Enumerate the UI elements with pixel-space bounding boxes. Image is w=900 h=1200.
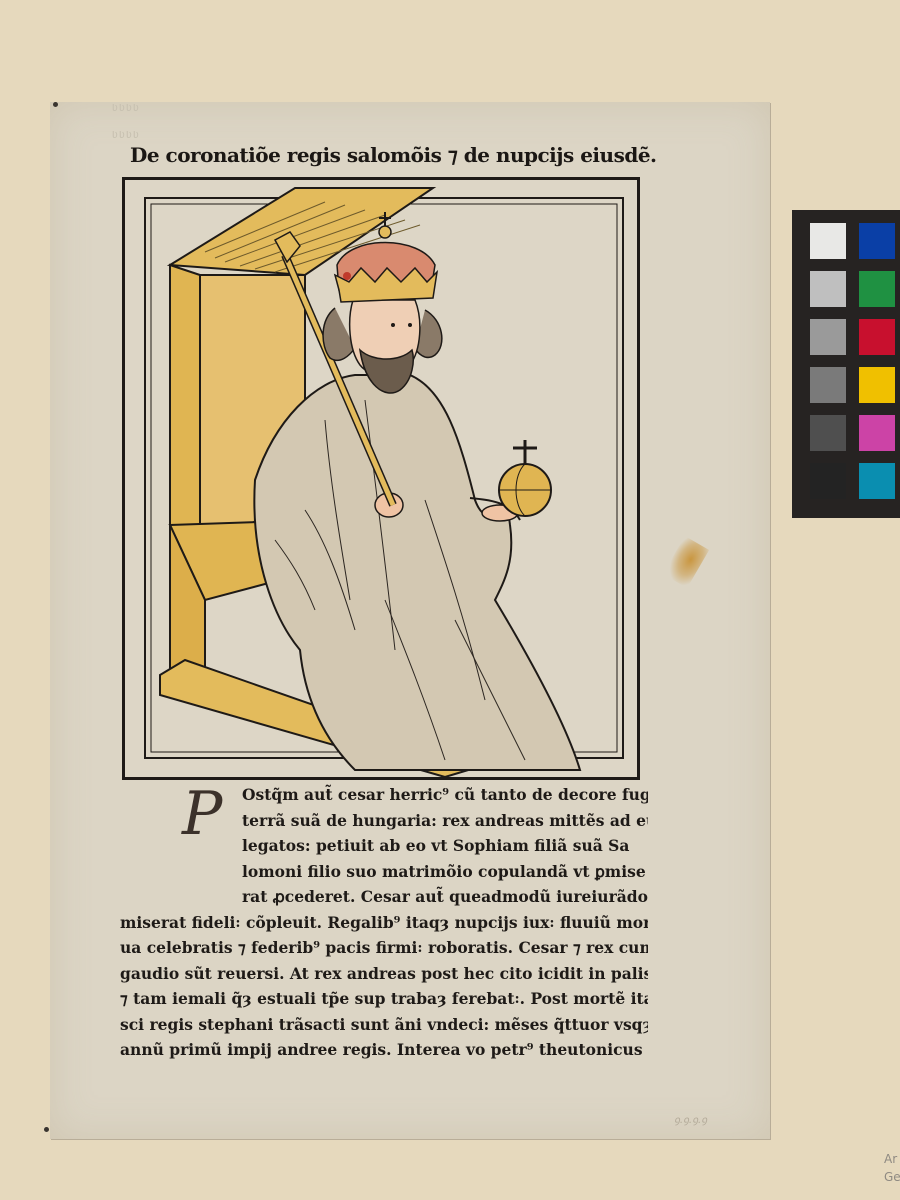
text-line: miserat fideli꞉ cõpleuit. Regalib⁹ itaqȝ… xyxy=(120,910,648,936)
text-line: annũ primũ impij andree regis. Interea v… xyxy=(120,1037,648,1063)
color-swatch xyxy=(859,319,895,355)
color-calibration-chart xyxy=(792,210,900,518)
color-swatch xyxy=(859,271,895,307)
gray-swatch xyxy=(810,463,846,499)
corner-label: Ar Ge xyxy=(884,1150,900,1186)
pin-mark-top-left xyxy=(53,102,58,107)
color-swatch xyxy=(859,463,895,499)
corner-label-line: Ar xyxy=(884,1150,900,1168)
gray-swatch xyxy=(810,271,846,307)
gray-swatch xyxy=(810,367,846,403)
woodcut-illustration xyxy=(122,177,640,780)
gray-swatch xyxy=(810,223,846,259)
color-swatch xyxy=(859,223,895,259)
color-swatch xyxy=(859,367,895,403)
text-line: Ostq̃m aut̃ cesar herric⁹ cũ tanto de de… xyxy=(120,782,648,808)
body-text-block: Ostq̃m aut̃ cesar herric⁹ cũ tanto de de… xyxy=(120,782,648,1063)
pencil-annotation: ꝯ.ꝯ.ꝯ.ꝯ xyxy=(674,1112,707,1126)
faint-stamp: ƲƲƲƲ xyxy=(112,103,140,114)
color-swatch xyxy=(859,415,895,451)
corner-label-line: Ge xyxy=(884,1168,900,1186)
text-line: ua celebratis ⁊ federib⁹ pacis firmi꞉ ro… xyxy=(120,935,648,961)
text-line: lomoni filio suo matrimõio copulandã vt … xyxy=(120,859,648,885)
gray-swatch xyxy=(810,319,846,355)
faint-stamp: ƲƲƲƲ xyxy=(112,130,140,141)
text-line: rat ꝓcederet. Cesar aut̃ queadmodũ iurei… xyxy=(120,884,648,910)
text-line: legatos: petiuit ab eo vt Sophiam filiã … xyxy=(120,833,648,859)
gray-swatch xyxy=(810,415,846,451)
seated-king-woodcut xyxy=(125,180,637,777)
chapter-heading: De coronatiõe regis salomõis ⁊ de nupcij… xyxy=(130,143,650,167)
text-line: gaudio sũt reuersi. At rex andreas post … xyxy=(120,961,648,987)
text-line: sci regis stephani trãsacti sunt ãni vnd… xyxy=(120,1012,648,1038)
pin-mark-bottom-left xyxy=(44,1127,49,1132)
text-line: ⁊ tam iemali q̃ȝ estuali tp̃e sup trabaȝ… xyxy=(120,986,648,1012)
text-line: terrã suã de hungaria: rex andreas mittẽ… xyxy=(120,808,648,834)
